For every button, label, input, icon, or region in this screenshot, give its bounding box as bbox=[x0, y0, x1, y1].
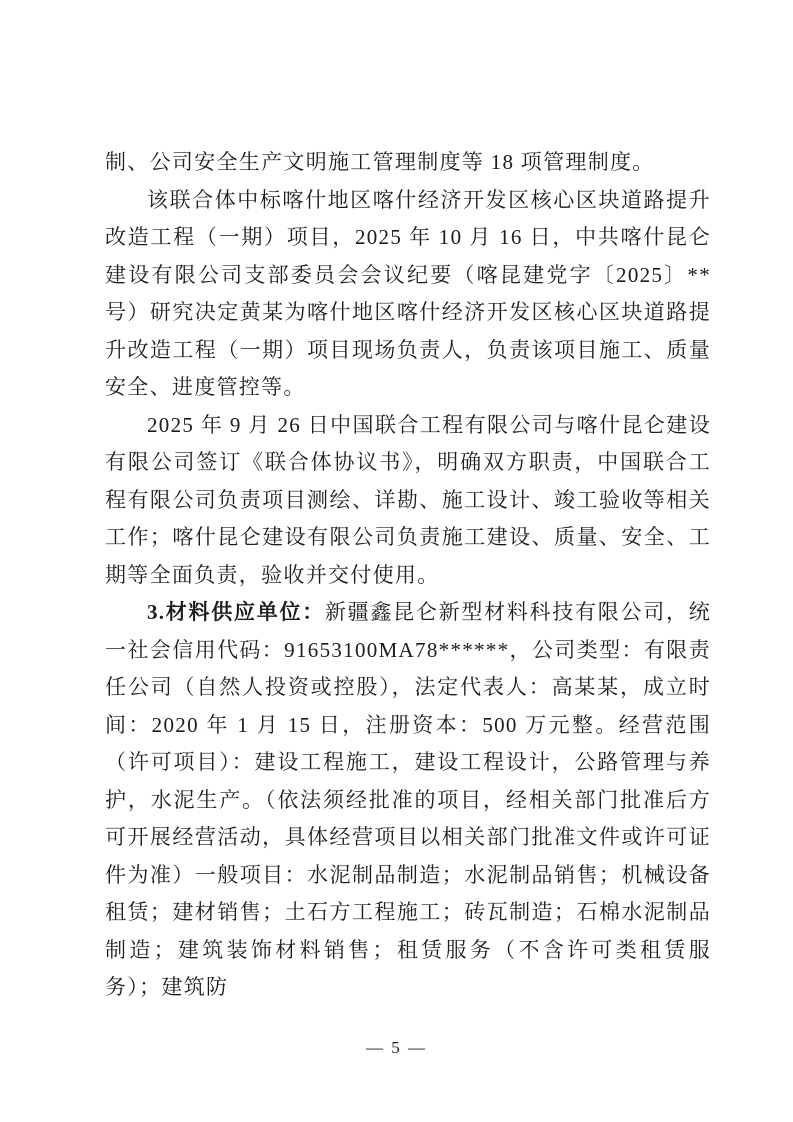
paragraph-management-systems-continuation: 制、公司安全生产文明施工管理制度等 18 项管理制度。 bbox=[105, 144, 711, 182]
paragraph-consortium-agreement: 2025 年 9 月 26 日中国联合工程有限公司与喀什昆仑建设有限公司签订《联… bbox=[105, 407, 711, 595]
document-page: 制、公司安全生产文明施工管理制度等 18 项管理制度。 该联合体中标喀什地区喀什… bbox=[0, 0, 793, 1122]
material-supplier-details: 新疆鑫昆仑新型材料科技有限公司，统一社会信用代码：91653100MA78***… bbox=[105, 600, 711, 999]
paragraph-bid-project: 该联合体中标喀什地区喀什经济开发区核心区块道路提升改造工程（一期）项目，2025… bbox=[105, 182, 711, 407]
page-number: — 5 — bbox=[0, 1036, 793, 1060]
material-supplier-heading: 3.材料供应单位： bbox=[147, 600, 325, 624]
paragraph-material-supplier: 3.材料供应单位：新疆鑫昆仑新型材料科技有限公司，统一社会信用代码：916531… bbox=[105, 594, 711, 1007]
document-body: 制、公司安全生产文明施工管理制度等 18 项管理制度。 该联合体中标喀什地区喀什… bbox=[105, 144, 711, 1007]
